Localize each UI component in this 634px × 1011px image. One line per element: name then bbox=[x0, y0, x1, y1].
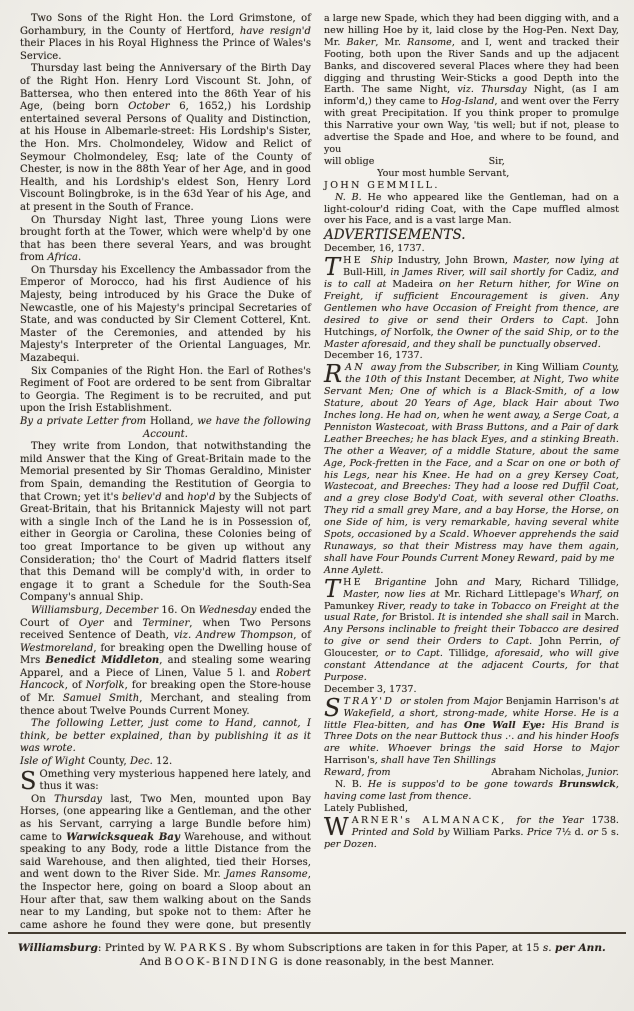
ad-ship-dateline: December, 16, 1737. bbox=[324, 243, 619, 255]
text-run: Master, now lying at bbox=[513, 255, 619, 266]
imprint-line-2: And BOOK-BINDING is done reasonably, in … bbox=[0, 955, 634, 969]
text-run: , shall have Ten Shillings bbox=[375, 755, 496, 766]
text-run: N. B. bbox=[335, 779, 362, 790]
text-run: hop'd bbox=[187, 492, 215, 503]
text-run: Holland bbox=[150, 416, 190, 427]
letter-dateline: Isle of Wight County, Dec. 12. bbox=[20, 756, 311, 769]
letter-continued: a large new Spade, which they had been d… bbox=[324, 13, 619, 156]
letter-body: On Thursday last, Two Men, mounted upon … bbox=[20, 794, 311, 929]
text-run: TRAY'D bbox=[344, 696, 401, 707]
text-run: Six Companies of the Right Hon. the Earl… bbox=[20, 366, 311, 415]
text-run: viz. Andrew Thompson bbox=[174, 630, 294, 641]
text-run: AN bbox=[345, 362, 371, 373]
text-run: County, bbox=[85, 756, 130, 767]
right-column: a large new Spade, which they had been d… bbox=[324, 13, 619, 929]
text-run: Sir, bbox=[489, 156, 505, 167]
ad-ship-industry: THE Ship Industry, John Brown, Master, n… bbox=[324, 255, 619, 350]
text-run: Isle of Wight bbox=[20, 756, 85, 767]
text-run: December, bbox=[464, 374, 520, 385]
text-run: On Thursday his Excellency the Ambassado… bbox=[20, 265, 311, 364]
text-run: James Ransome bbox=[225, 869, 307, 880]
text-run: Norfolk, bbox=[390, 327, 437, 338]
footer-rule bbox=[8, 932, 626, 934]
text-run: or bbox=[587, 827, 597, 838]
text-run: per Dozen. bbox=[324, 839, 377, 850]
text-run: Gloucester, bbox=[324, 648, 385, 659]
text-run: or stolen from Major bbox=[400, 696, 506, 707]
ad-strayed-dateline: December 3, 1737. bbox=[324, 684, 619, 696]
text-run: John bbox=[436, 577, 467, 588]
text-run: By a private Letter from bbox=[20, 416, 150, 427]
text-run: Junior. bbox=[587, 767, 619, 778]
text-run: have resign'd bbox=[240, 26, 311, 37]
letter-opening: SOmething very mysterious happened here … bbox=[20, 769, 311, 794]
page-body: Two Sons of the Right Hon. the Lord Grim… bbox=[0, 0, 634, 929]
text-run: He is suppos'd to be gone towards bbox=[362, 779, 559, 790]
text-run: . bbox=[78, 252, 81, 263]
ad-runaway-dateline: December 16, 1737. bbox=[324, 350, 619, 362]
text-run: JOHN GEMMILL. bbox=[324, 180, 440, 191]
text-run: Price bbox=[527, 827, 552, 838]
text-run: 5 s. bbox=[598, 827, 619, 838]
left-column: Two Sons of the Right Hon. the Lord Grim… bbox=[20, 13, 311, 929]
text-run: their Places in his Royal Highness the P… bbox=[20, 38, 311, 62]
news-item-lions: On Thursday Night last, Three young Lion… bbox=[20, 215, 311, 265]
text-run: Tillidge, bbox=[443, 648, 495, 659]
text-run: by the Subjects of Great-Britain, that h… bbox=[20, 492, 311, 604]
text-run: King William bbox=[516, 362, 582, 373]
text-run: HE bbox=[343, 255, 371, 266]
text-run: per Ann. bbox=[555, 942, 606, 954]
text-run: December 16, 1737. bbox=[324, 350, 423, 361]
text-run: Warwicksqueak Bay bbox=[66, 832, 180, 843]
text-run: March. bbox=[581, 612, 619, 623]
text-run: Dec. bbox=[130, 756, 153, 767]
ad-almanack-heading: Lately Published, bbox=[324, 803, 619, 815]
drop-cap: S bbox=[20, 770, 40, 792]
text-run: Ransome bbox=[407, 37, 452, 48]
text-run: The following Letter, just come to Hand,… bbox=[20, 718, 311, 754]
text-run: of bbox=[610, 636, 619, 647]
text-run: away from the Subscriber, in bbox=[371, 362, 516, 373]
text-run: Lately Published, bbox=[324, 803, 408, 814]
text-run: is done reasonably, in the best Manner. bbox=[280, 956, 494, 968]
letter-from-holland-heading: By a private Letter from Holland, we hav… bbox=[20, 416, 311, 441]
news-item-ambassador: On Thursday his Excellency the Ambassado… bbox=[20, 265, 311, 366]
ad-runaway-servants: RAN away from the Subscriber, in King Wi… bbox=[324, 362, 619, 564]
text-run: . By whom Subscriptions are taken in for… bbox=[228, 942, 542, 954]
text-run: HE bbox=[343, 577, 375, 588]
text-run: December, 16, 1737. bbox=[324, 243, 425, 254]
text-run: Brunswick bbox=[559, 779, 616, 790]
text-run: will oblige bbox=[324, 156, 374, 167]
drop-cap: W bbox=[324, 816, 352, 838]
drop-cap: T bbox=[324, 256, 343, 278]
text-run: , of bbox=[65, 680, 86, 691]
text-run: Bull-Hill, bbox=[343, 267, 390, 278]
text-run: 16. On bbox=[158, 605, 199, 616]
text-run: : Printed by W. bbox=[98, 942, 180, 954]
text-run: in James River, will sail shortly for bbox=[390, 267, 562, 278]
text-run: N. B. bbox=[335, 192, 362, 203]
text-run: October bbox=[128, 101, 169, 112]
text-run: Benjamin Harrison's bbox=[506, 696, 610, 707]
text-run: and bbox=[104, 618, 143, 629]
text-run: Terminer bbox=[142, 618, 189, 629]
imprint-line-1: Williamsburg: Printed by W. PARKS. By wh… bbox=[0, 941, 634, 955]
text-run: Abraham Nicholas, bbox=[491, 767, 587, 778]
ad-strayed-horse: STRAY'D or stolen from Major Benjamin Ha… bbox=[324, 696, 619, 767]
drop-cap: S bbox=[324, 697, 344, 719]
text-run: Mr. Richard Littlepage's bbox=[440, 589, 570, 600]
split-group: will oblige bbox=[324, 156, 374, 168]
advertisements-heading: ADVERTISEMENTS. bbox=[324, 227, 619, 243]
text-run: Williamsburg bbox=[18, 942, 98, 954]
text-run: John Perrin, bbox=[540, 636, 610, 647]
text-run: for the Year bbox=[517, 815, 584, 826]
text-run: Baker bbox=[347, 37, 376, 48]
split-group: Reward, from bbox=[324, 767, 391, 779]
text-run: Westmoreland bbox=[20, 643, 93, 654]
text-run: believ'd bbox=[122, 492, 162, 503]
text-run: Bristol. bbox=[396, 612, 438, 623]
news-item-regiment: Six Companies of the Right Hon. the Earl… bbox=[20, 366, 311, 416]
text-run: Mary, Richard Tillidge, bbox=[485, 577, 619, 588]
news-item-williamsburg-court: Williamsburg, December 16. On Wednesday … bbox=[20, 605, 311, 718]
letter-postscript: N. B. He who appeared like the Gentleman… bbox=[324, 192, 619, 228]
letter-intro: The following Letter, just come to Hand,… bbox=[20, 718, 311, 756]
text-run: It is intended she shall sail in bbox=[438, 612, 581, 623]
letter-oblige-line: will obligeSir, bbox=[324, 156, 619, 168]
text-run: at Night, Two white Servant Men; One of … bbox=[324, 374, 619, 564]
imprint-footer: Williamsburg: Printed by W. PARKS. By wh… bbox=[0, 932, 634, 969]
text-run: 12. bbox=[153, 756, 172, 767]
text-run: On bbox=[31, 794, 54, 805]
text-run: s. bbox=[543, 942, 552, 954]
text-run: and bbox=[467, 577, 485, 588]
text-run: Cadiz, bbox=[563, 267, 601, 278]
text-run: 6, 1652,) his Lordship entertained sever… bbox=[20, 101, 311, 213]
text-run: ADVERTISEMENTS. bbox=[324, 227, 466, 243]
text-run: Ship bbox=[371, 255, 393, 266]
text-run: Norfolk bbox=[86, 680, 125, 691]
text-run: Industry, John Brown, bbox=[393, 255, 514, 266]
text-run: Omething very mysterious happened here l… bbox=[40, 769, 312, 793]
text-run: PARKS bbox=[180, 942, 229, 954]
text-run: December 3, 1737. bbox=[324, 684, 417, 695]
text-run: Benedict Middleton bbox=[45, 655, 159, 666]
text-run: BOOK-BINDING bbox=[164, 956, 280, 968]
text-run: or to Capt. bbox=[385, 648, 443, 659]
text-run: , Mr. bbox=[375, 37, 407, 48]
text-run: Africa bbox=[47, 252, 78, 263]
text-run: of bbox=[381, 327, 390, 338]
letter-signature: JOHN GEMMILL. bbox=[324, 180, 619, 192]
text-run: Williamsburg, December bbox=[31, 605, 158, 616]
text-run: William Parks. bbox=[449, 827, 527, 838]
drop-cap: R bbox=[324, 363, 345, 385]
text-run: Printed and Sold by bbox=[352, 827, 450, 838]
text-run: Your most humble Servant, bbox=[377, 168, 509, 179]
text-run: 7½ d. bbox=[552, 827, 587, 838]
split-group: Abraham Nicholas, Junior. bbox=[491, 767, 619, 779]
newspaper-page: Two Sons of the Right Hon. the Lord Grim… bbox=[0, 0, 634, 1011]
text-run: , of bbox=[293, 630, 311, 641]
ad-strayed-signature-line: Reward, fromAbraham Nicholas, Junior. bbox=[324, 767, 619, 779]
news-item-birthday: Thursday last being the Anniversary of t… bbox=[20, 63, 311, 214]
text-run: And bbox=[140, 956, 165, 968]
text-run: Wednesday bbox=[199, 605, 257, 616]
text-run: Hog-Island bbox=[441, 96, 494, 107]
letter-valediction: Your most humble Servant, bbox=[324, 168, 619, 180]
text-run: Thursday bbox=[54, 794, 102, 805]
ad-almanack: WARNER's ALMANACK, for the Year 1738. Pr… bbox=[324, 815, 619, 851]
news-item-georgia: They write from London, that notwithstan… bbox=[20, 441, 311, 605]
split-group: Sir, bbox=[489, 156, 505, 168]
news-item-grimstone: Two Sons of the Right Hon. the Lord Grim… bbox=[20, 13, 311, 63]
text-run: 1738. bbox=[584, 815, 619, 826]
text-run: Master, now lies at bbox=[343, 589, 440, 600]
imprint-lines: Williamsburg: Printed by W. PARKS. By wh… bbox=[0, 941, 634, 969]
text-run: Anne Aylett. bbox=[324, 565, 384, 576]
drop-cap: T bbox=[324, 578, 343, 600]
text-run: Reward, from bbox=[324, 767, 391, 778]
ad-strayed-postscript: N. B. He is suppos'd to be gone towards … bbox=[324, 779, 619, 803]
text-run: Brigantine bbox=[375, 577, 436, 588]
text-run: Oyer bbox=[79, 618, 104, 629]
text-run: Wharf, on bbox=[570, 589, 619, 600]
text-run: and bbox=[162, 492, 188, 503]
text-run: One Wall Eye: bbox=[464, 720, 552, 731]
text-run: Samuel Smith bbox=[63, 693, 139, 704]
text-run: viz. Thursday bbox=[457, 84, 526, 95]
ad-runaway-signature: Anne Aylett. bbox=[324, 565, 619, 577]
text-run: He who appeared like the Gentleman, had … bbox=[324, 192, 619, 227]
text-run: ARNER's ALMANACK, bbox=[352, 815, 517, 826]
ad-brigantine: THE Brigantine John and Mary, Richard Ti… bbox=[324, 577, 619, 684]
text-run: Madeira bbox=[386, 279, 439, 290]
text-run: Harrison's bbox=[324, 755, 375, 766]
text-run: Pamunkey bbox=[324, 601, 378, 612]
